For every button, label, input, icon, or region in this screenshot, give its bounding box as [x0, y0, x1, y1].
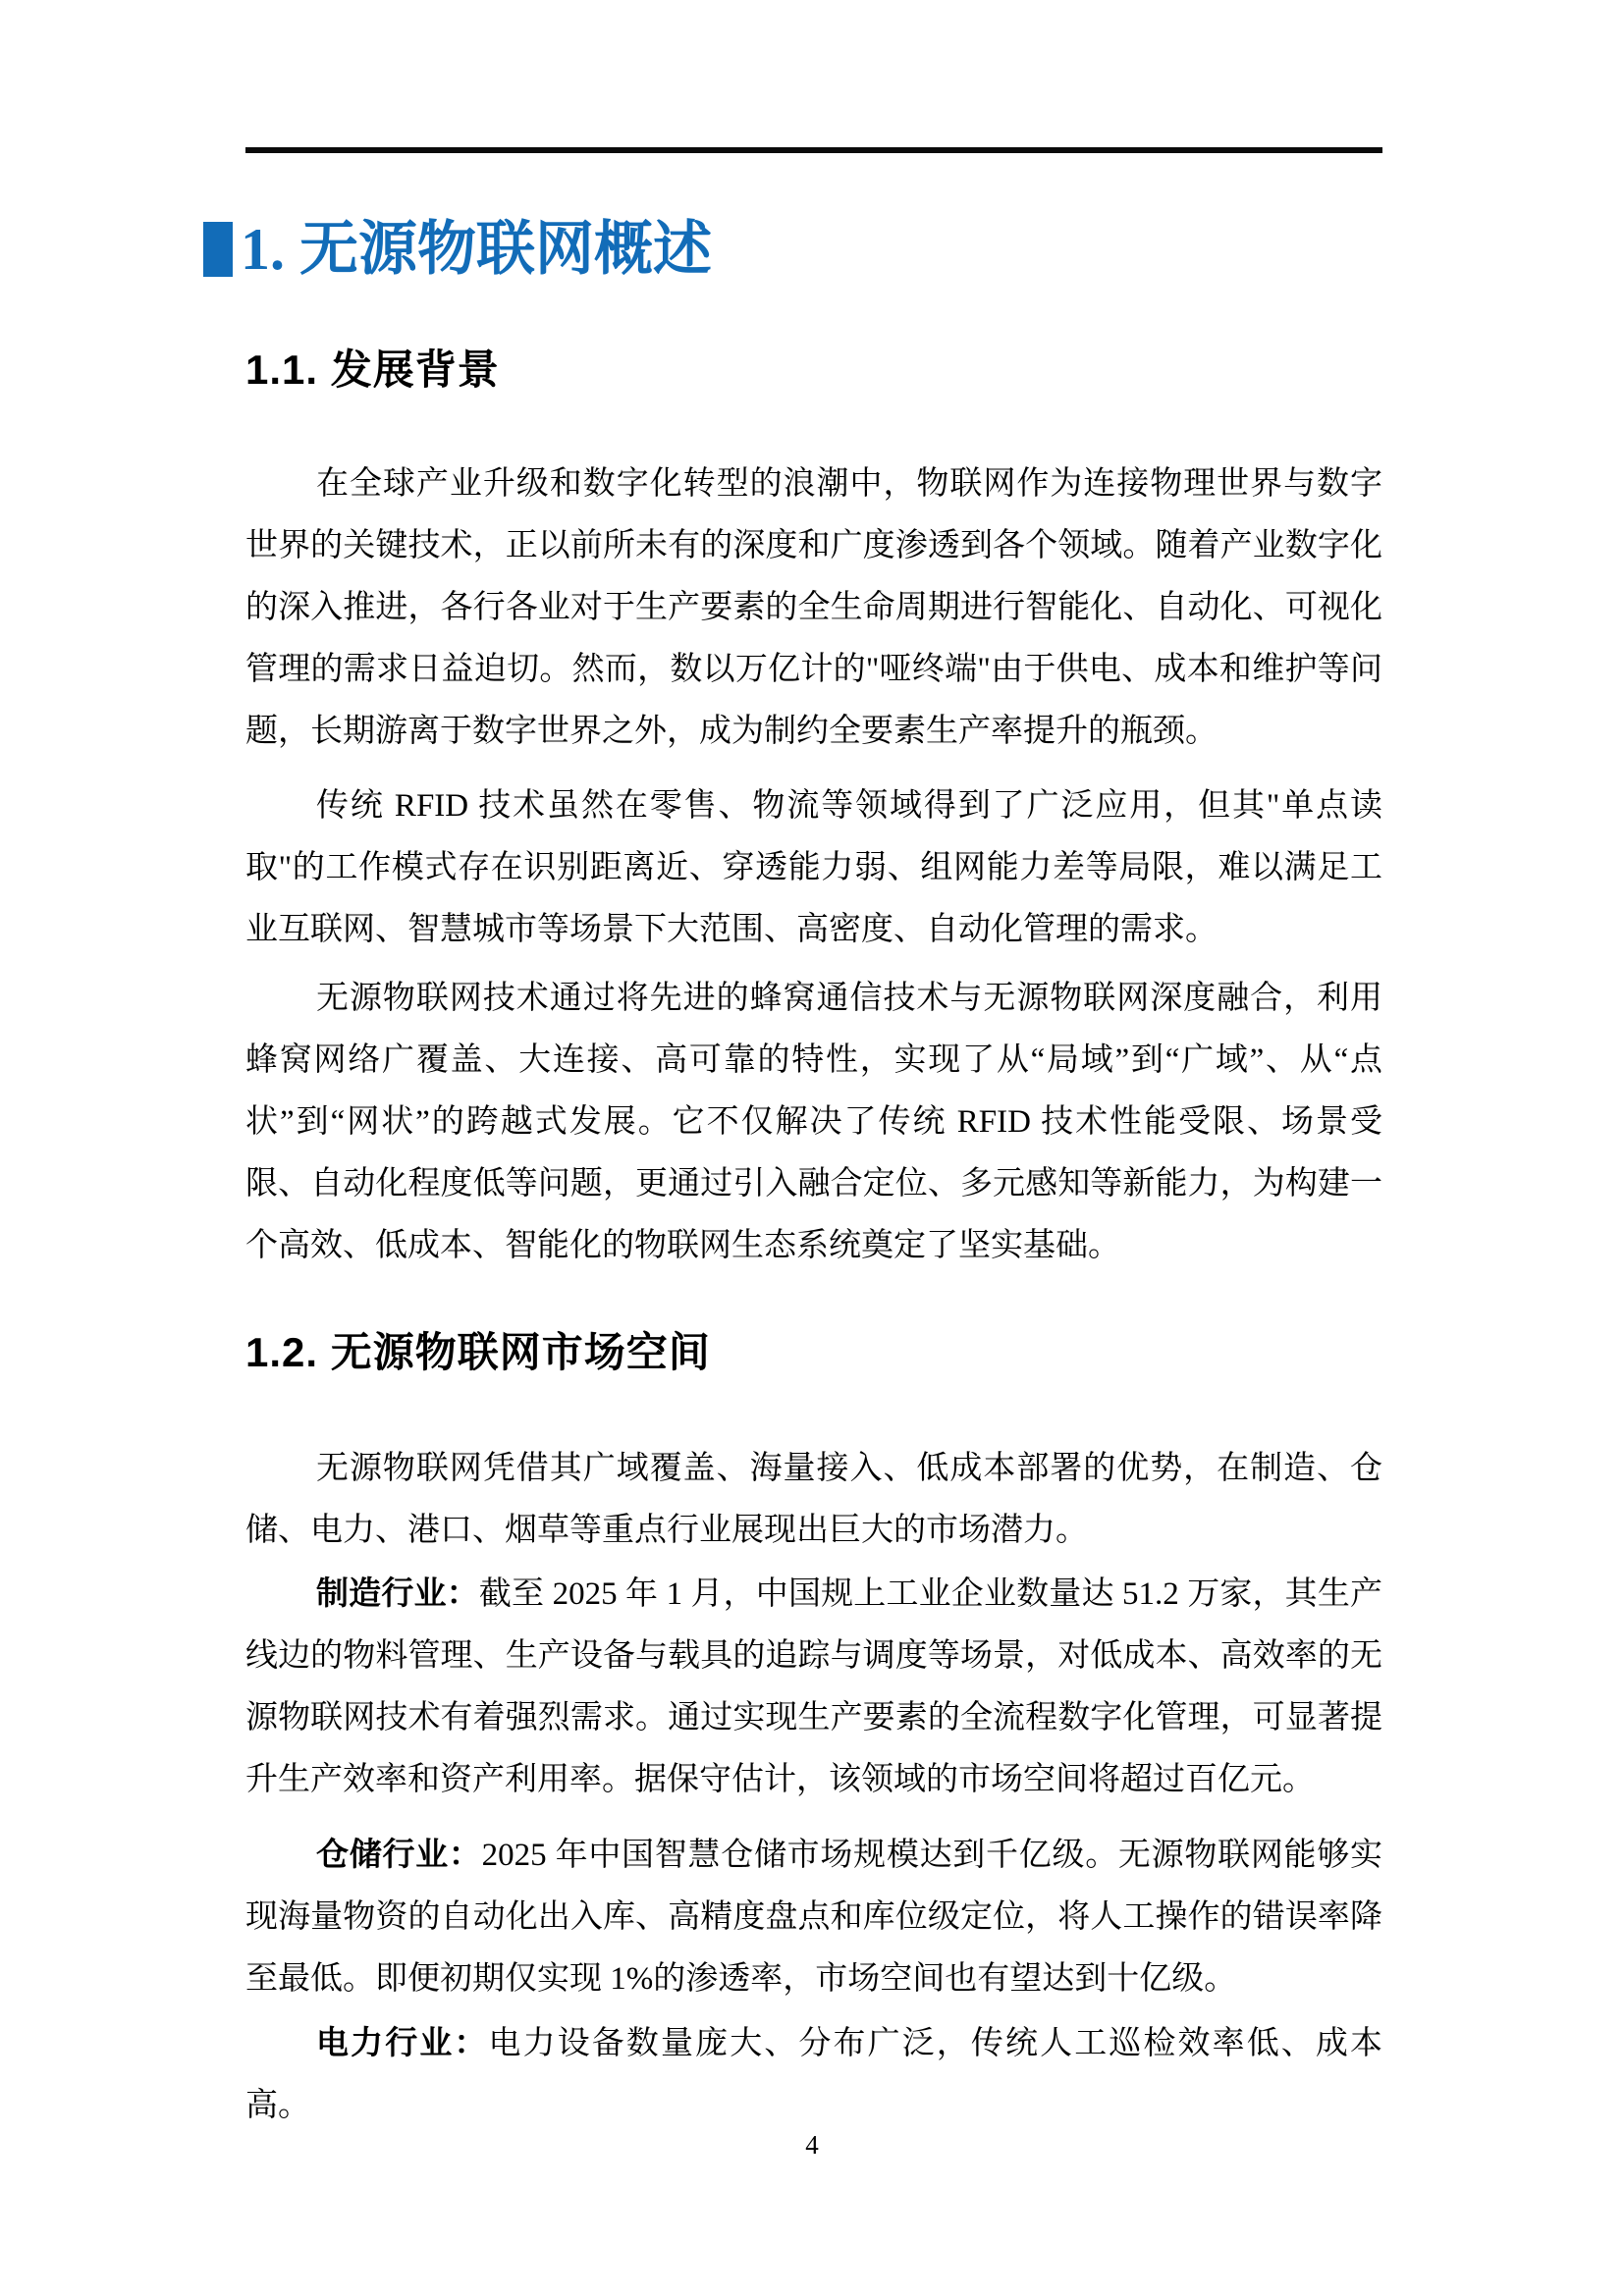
chapter-title: 1. 无源物联网概述	[241, 214, 712, 285]
paragraph-text: 传统 RFID 技术虽然在零售、物流等领域得到了广泛应用，但其"单点读取"的工作…	[245, 788, 1382, 947]
paragraph-background-3: 无源物联网技术通过将先进的蜂窝通信技术与无源物联网深度融合，利用蜂窝网络广覆盖、…	[245, 968, 1382, 1277]
paragraph-text: 无源物联网凭借其广域覆盖、海量接入、低成本部署的优势，在制造、仓储、电力、港口、…	[245, 1451, 1382, 1548]
paragraph-background-2: 传统 RFID 技术虽然在零售、物流等领域得到了广泛应用，但其"单点读取"的工作…	[245, 775, 1382, 961]
section-heading-1-1: 1.1. 发展背景	[245, 346, 1382, 395]
section-heading-1-2: 1.2. 无源物联网市场空间	[245, 1328, 1382, 1377]
page-number: 4	[0, 2130, 1624, 2160]
paragraph-lead-manufacturing: 制造行业：	[316, 1576, 479, 1612]
paragraph-lead-warehousing: 仓储行业：	[316, 1838, 482, 1873]
paragraph-lead-power: 电力行业：	[316, 2026, 489, 2061]
paragraph-text: 在全球产业升级和数字化转型的浪潮中，物联网作为连接物理世界与数字世界的关键技术，…	[245, 466, 1382, 749]
paragraph-manufacturing: 制造行业：截至 2025 年 1 月，中国规上工业企业数量达 51.2 万家，其…	[245, 1564, 1382, 1811]
paragraph-text: 无源物联网技术通过将先进的蜂窝通信技术与无源物联网深度融合，利用蜂窝网络广覆盖、…	[245, 981, 1382, 1263]
page-content: 1. 无源物联网概述 1.1. 发展背景 在全球产业升级和数字化转型的浪潮中，物…	[245, 0, 1382, 2137]
chapter-heading: 1. 无源物联网概述	[203, 214, 1382, 285]
chapter-marker-square	[203, 222, 233, 277]
paragraph-warehousing: 仓储行业：2025 年中国智慧仓储市场规模达到千亿级。无源物联网能够实现海量物资…	[245, 1825, 1382, 2010]
top-rule	[245, 147, 1382, 153]
paragraph-power: 电力行业：电力设备数量庞大、分布广泛，传统人工巡检效率低、成本高。	[245, 2013, 1382, 2137]
paragraph-background-1: 在全球产业升级和数字化转型的浪潮中，物联网作为连接物理世界与数字世界的关键技术，…	[245, 454, 1382, 763]
paragraph-market-1: 无源物联网凭借其广域覆盖、海量接入、低成本部署的优势，在制造、仓储、电力、港口、…	[245, 1438, 1382, 1562]
